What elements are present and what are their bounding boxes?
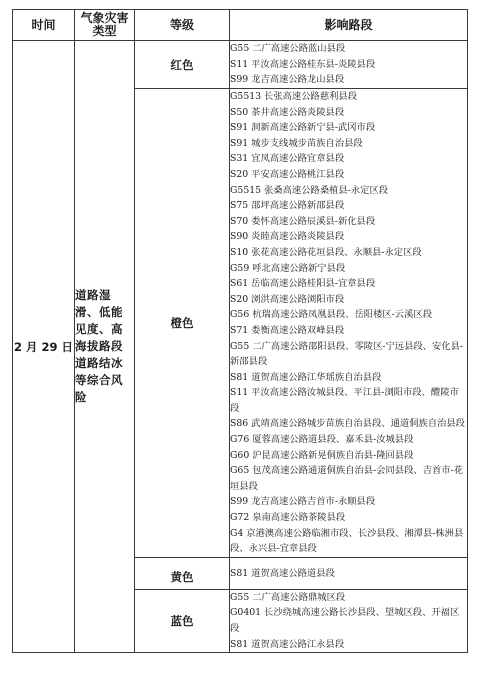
road-item: S11 平汝高速公路汝城县段、平江县-浏阳市段、醴陵市段 bbox=[230, 385, 467, 416]
road-item: G4 京港澳高速公路临湘市段、长沙县段、湘潭县-株洲县段、永兴县-宜章县段 bbox=[230, 526, 467, 557]
roads-yellow: S81 道贺高速公路道县段 bbox=[230, 557, 468, 589]
level-yellow: 黄色 bbox=[135, 557, 230, 589]
level-blue: 蓝色 bbox=[135, 589, 230, 652]
road-item: G5515 张桑高速公路桑植县-永定区段 bbox=[230, 183, 467, 199]
road-item: S61 岳临高速公路桂阳县-宜章县段 bbox=[230, 276, 467, 292]
level-red: 红色 bbox=[135, 41, 230, 89]
road-item: G55 二广高速公路鼎城区段 bbox=[230, 590, 467, 606]
road-item: G55 二广高速公路邵阳县段、零陵区-宁远县段、安化县-新邵县段 bbox=[230, 339, 467, 370]
road-item: G0401 长沙绕城高速公路长沙县段、望城区段、开福区段 bbox=[230, 605, 467, 636]
road-item: S91 洞新高速公路新宁县-武冈市段 bbox=[230, 120, 467, 136]
road-item: G56 杭瑞高速公路凤凰县段、岳阳楼区-云溪区段 bbox=[230, 307, 467, 323]
warning-table: 时间 气象灾害 类型 等级 影响路段 2 月 29 日 道路湿滑、低能见度、高海… bbox=[12, 9, 468, 653]
road-item: G5513 长张高速公路慈利县段 bbox=[230, 89, 467, 105]
time-cell: 2 月 29 日 bbox=[13, 41, 75, 653]
road-item: G65 包茂高速公路通道侗族自治县-会同县段、吉首市-花垣县段 bbox=[230, 463, 467, 494]
disaster-type-cell: 道路湿滑、低能见度、高海拔路段道路结冰等综合风险 bbox=[75, 41, 135, 653]
road-item: S90 炎睦高速公路炎陵县段 bbox=[230, 229, 467, 245]
road-item: S86 武靖高速公路城步苗族自治县段、通道侗族自治县段 bbox=[230, 416, 467, 432]
road-item: S81 道贺高速公路江华瑶族自治县段 bbox=[230, 370, 467, 386]
table-row-red: 2 月 29 日 道路湿滑、低能见度、高海拔路段道路结冰等综合风险 红色 G55… bbox=[13, 41, 468, 89]
header-disaster-type: 气象灾害 类型 bbox=[75, 10, 135, 41]
road-item: G72 泉南高速公路茶陵县段 bbox=[230, 510, 467, 526]
road-item: G60 沪昆高速公路新晃侗族自治县-隆回县段 bbox=[230, 448, 467, 464]
header-time: 时间 bbox=[13, 10, 75, 41]
road-item: S81 道贺高速公路江永县段 bbox=[230, 637, 467, 653]
road-item: S20 浏洪高速公路浏阳市段 bbox=[230, 292, 467, 308]
header-type-line-2: 类型 bbox=[75, 25, 134, 38]
roads-red: G55 二广高速公路蓝山县段 S11 平汝高速公路桂东县-炎陵县段 S99 龙吉… bbox=[230, 41, 468, 89]
road-item: S99 龙吉高速公路龙山县段 bbox=[230, 72, 467, 88]
roads-blue: G55 二广高速公路鼎城区段 G0401 长沙绕城高速公路长沙县段、望城区段、开… bbox=[230, 589, 468, 652]
road-item: S70 娄怀高速公路辰溪县-新化县段 bbox=[230, 214, 467, 230]
road-item: S31 宜凤高速公路宜章县段 bbox=[230, 151, 467, 167]
road-item: S99 龙吉高速公路吉首市-永顺县段 bbox=[230, 494, 467, 510]
road-item: S50 茶井高速公路炎陵县段 bbox=[230, 105, 467, 121]
road-item: S81 道贺高速公路道县段 bbox=[230, 566, 467, 582]
level-orange: 橙色 bbox=[135, 89, 230, 558]
road-item: S91 城步支线城步苗族自治县段 bbox=[230, 136, 467, 152]
road-item: S11 平汝高速公路桂东县-炎陵县段 bbox=[230, 57, 467, 73]
road-item: G59 呼北高速公路新宁县段 bbox=[230, 261, 467, 277]
road-item: S75 邵坪高速公路新邵县段 bbox=[230, 198, 467, 214]
header-level: 等级 bbox=[135, 10, 230, 41]
roads-orange: G5513 长张高速公路慈利县段 S50 茶井高速公路炎陵县段 S91 洞新高速… bbox=[230, 89, 468, 558]
header-row: 时间 气象灾害 类型 等级 影响路段 bbox=[13, 10, 468, 41]
header-affected-roads: 影响路段 bbox=[230, 10, 468, 41]
road-item: G76 厦蓉高速公路道县段、嘉禾县-汝城县段 bbox=[230, 432, 467, 448]
road-item: G55 二广高速公路蓝山县段 bbox=[230, 41, 467, 57]
road-item: S10 张花高速公路花垣县段、永顺县-永定区段 bbox=[230, 245, 467, 261]
road-item: S20 平安高速公路桃江县段 bbox=[230, 167, 467, 183]
road-item: S71 娄衡高速公路双峰县段 bbox=[230, 323, 467, 339]
